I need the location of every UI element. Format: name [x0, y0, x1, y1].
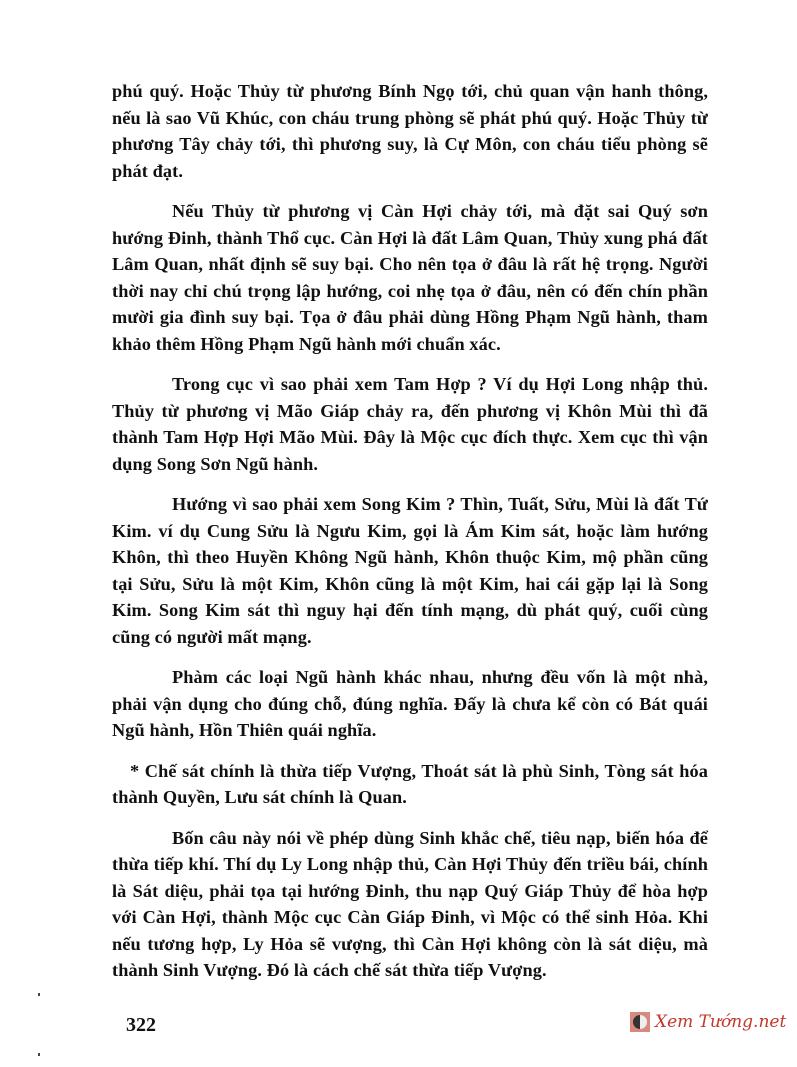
- yin-yang-icon: [630, 1012, 650, 1032]
- book-page-body: phú quý. Hoặc Thủy từ phương Bính Ngọ tớ…: [112, 78, 708, 984]
- paragraph-2: Nếu Thủy từ phương vị Càn Hợi chảy tới, …: [112, 198, 708, 357]
- paragraph-note: * Chế sát chính là thừa tiếp Vượng, Thoá…: [112, 758, 708, 811]
- paragraph-3: Trong cục vì sao phải xem Tam Hợp ? Ví d…: [112, 371, 708, 477]
- scan-speck: [38, 1053, 40, 1056]
- watermark-logo: Xem Tướng.net: [630, 1012, 786, 1032]
- paragraph-7: Bốn câu này nói về phép dùng Sinh khắc c…: [112, 825, 708, 984]
- page-number: 322: [126, 1014, 156, 1037]
- paragraph-1: phú quý. Hoặc Thủy từ phương Bính Ngọ tớ…: [112, 78, 708, 184]
- paragraph-4: Hướng vì sao phải xem Song Kim ? Thìn, T…: [112, 491, 708, 650]
- paragraph-5: Phàm các loại Ngũ hành khác nhau, nhưng …: [112, 664, 708, 744]
- watermark-text: Xem Tướng.net: [655, 1012, 786, 1032]
- scan-speck: [38, 993, 40, 996]
